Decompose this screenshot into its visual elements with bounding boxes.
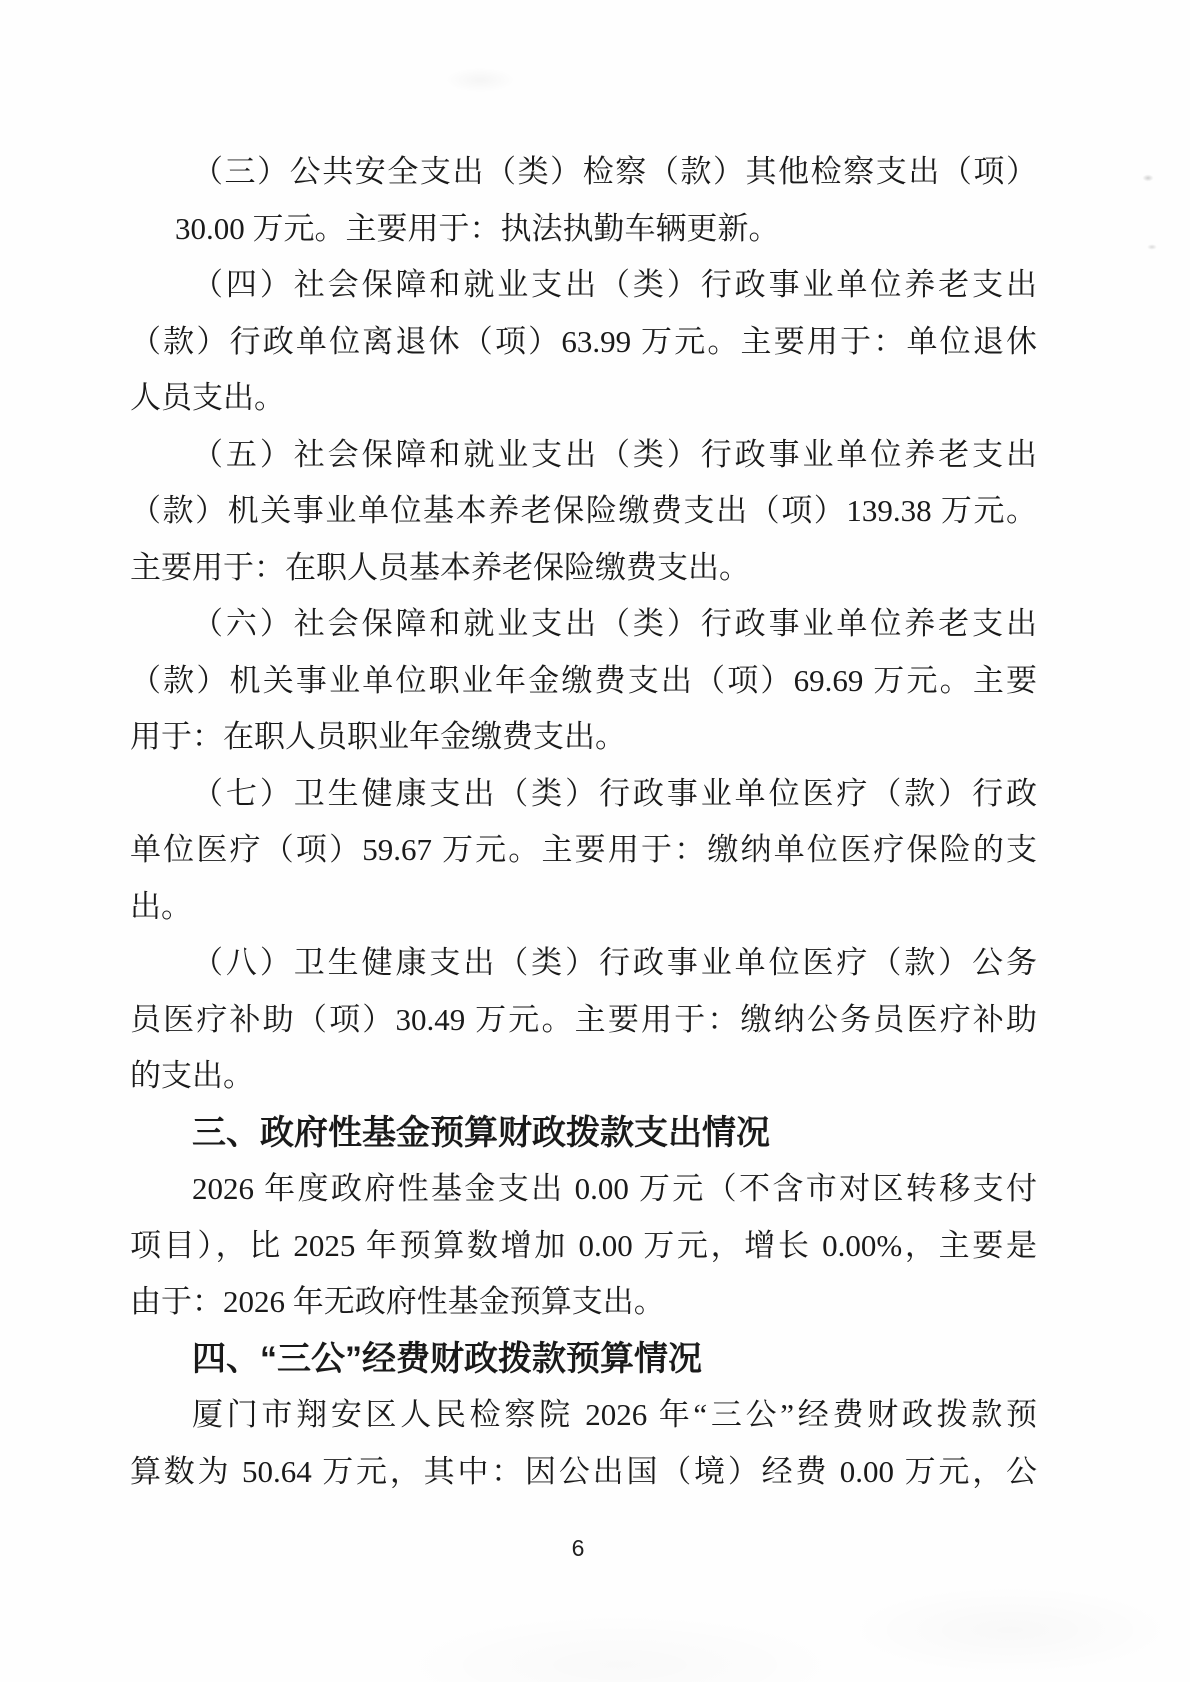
text-line: （八）卫生健康支出（类）行政事业单位医疗（款）公务: [130, 935, 1037, 992]
document-page: （三）公共安全支出（类）检察（款）其他检察支出（项） 30.00 万元。主要用于…: [0, 0, 1190, 1682]
text-line: 项目），比 2025 年预算数增加 0.00 万元，增长 0.00%，主要是: [130, 1218, 1037, 1275]
text-line: 30.00 万元。主要用于：执法执勤车辆更新。: [130, 201, 1037, 258]
text-line: 用于：在职人员职业年金缴费支出。: [130, 709, 1037, 766]
text-line: 主要用于：在职人员基本养老保险缴费支出。: [130, 540, 1037, 597]
section-heading: 三、政府性基金预算财政拨款支出情况: [130, 1105, 1037, 1162]
text-line: （六）社会保障和就业支出（类）行政事业单位养老支出: [130, 596, 1037, 653]
text-line: 由于：2026 年无政府性基金预算支出。: [130, 1274, 1037, 1331]
text-line: 算数为 50.64 万元，其中：因公出国（境）经费 0.00 万元，公: [130, 1444, 1037, 1501]
page-number: 6: [0, 1526, 1156, 1570]
text-line: 厦门市翔安区人民检察院 2026 年“三公”经费财政拨款预: [130, 1387, 1037, 1444]
section-heading: 四、“三公”经费财政拨款预算情况: [130, 1331, 1037, 1388]
text-line: （五）社会保障和就业支出（类）行政事业单位养老支出: [130, 427, 1037, 484]
document-body: （三）公共安全支出（类）检察（款）其他检察支出（项） 30.00 万元。主要用于…: [130, 144, 1037, 1500]
text-line: （四）社会保障和就业支出（类）行政事业单位养老支出: [130, 257, 1037, 314]
text-line: （三）公共安全支出（类）检察（款）其他检察支出（项）: [130, 144, 1037, 201]
text-line: （款）行政单位离退休（项）63.99 万元。主要用于：单位退休: [130, 314, 1037, 371]
text-line: 出。: [130, 879, 1037, 936]
text-line: 人员支出。: [130, 370, 1037, 427]
text-line: 员医疗补助（项）30.49 万元。主要用于：缴纳公务员医疗补助: [130, 992, 1037, 1049]
text-line: （款）机关事业单位基本养老保险缴费支出（项）139.38 万元。: [130, 483, 1037, 540]
text-line: （七）卫生健康支出（类）行政事业单位医疗（款）行政: [130, 766, 1037, 823]
text-line: 的支出。: [130, 1048, 1037, 1105]
text-line: 单位医疗（项）59.67 万元。主要用于：缴纳单位医疗保险的支: [130, 822, 1037, 879]
text-line: 2026 年度政府性基金支出 0.00 万元（不含市对区转移支付: [130, 1161, 1037, 1218]
text-line: （款）机关事业单位职业年金缴费支出（项）69.69 万元。主要: [130, 653, 1037, 710]
